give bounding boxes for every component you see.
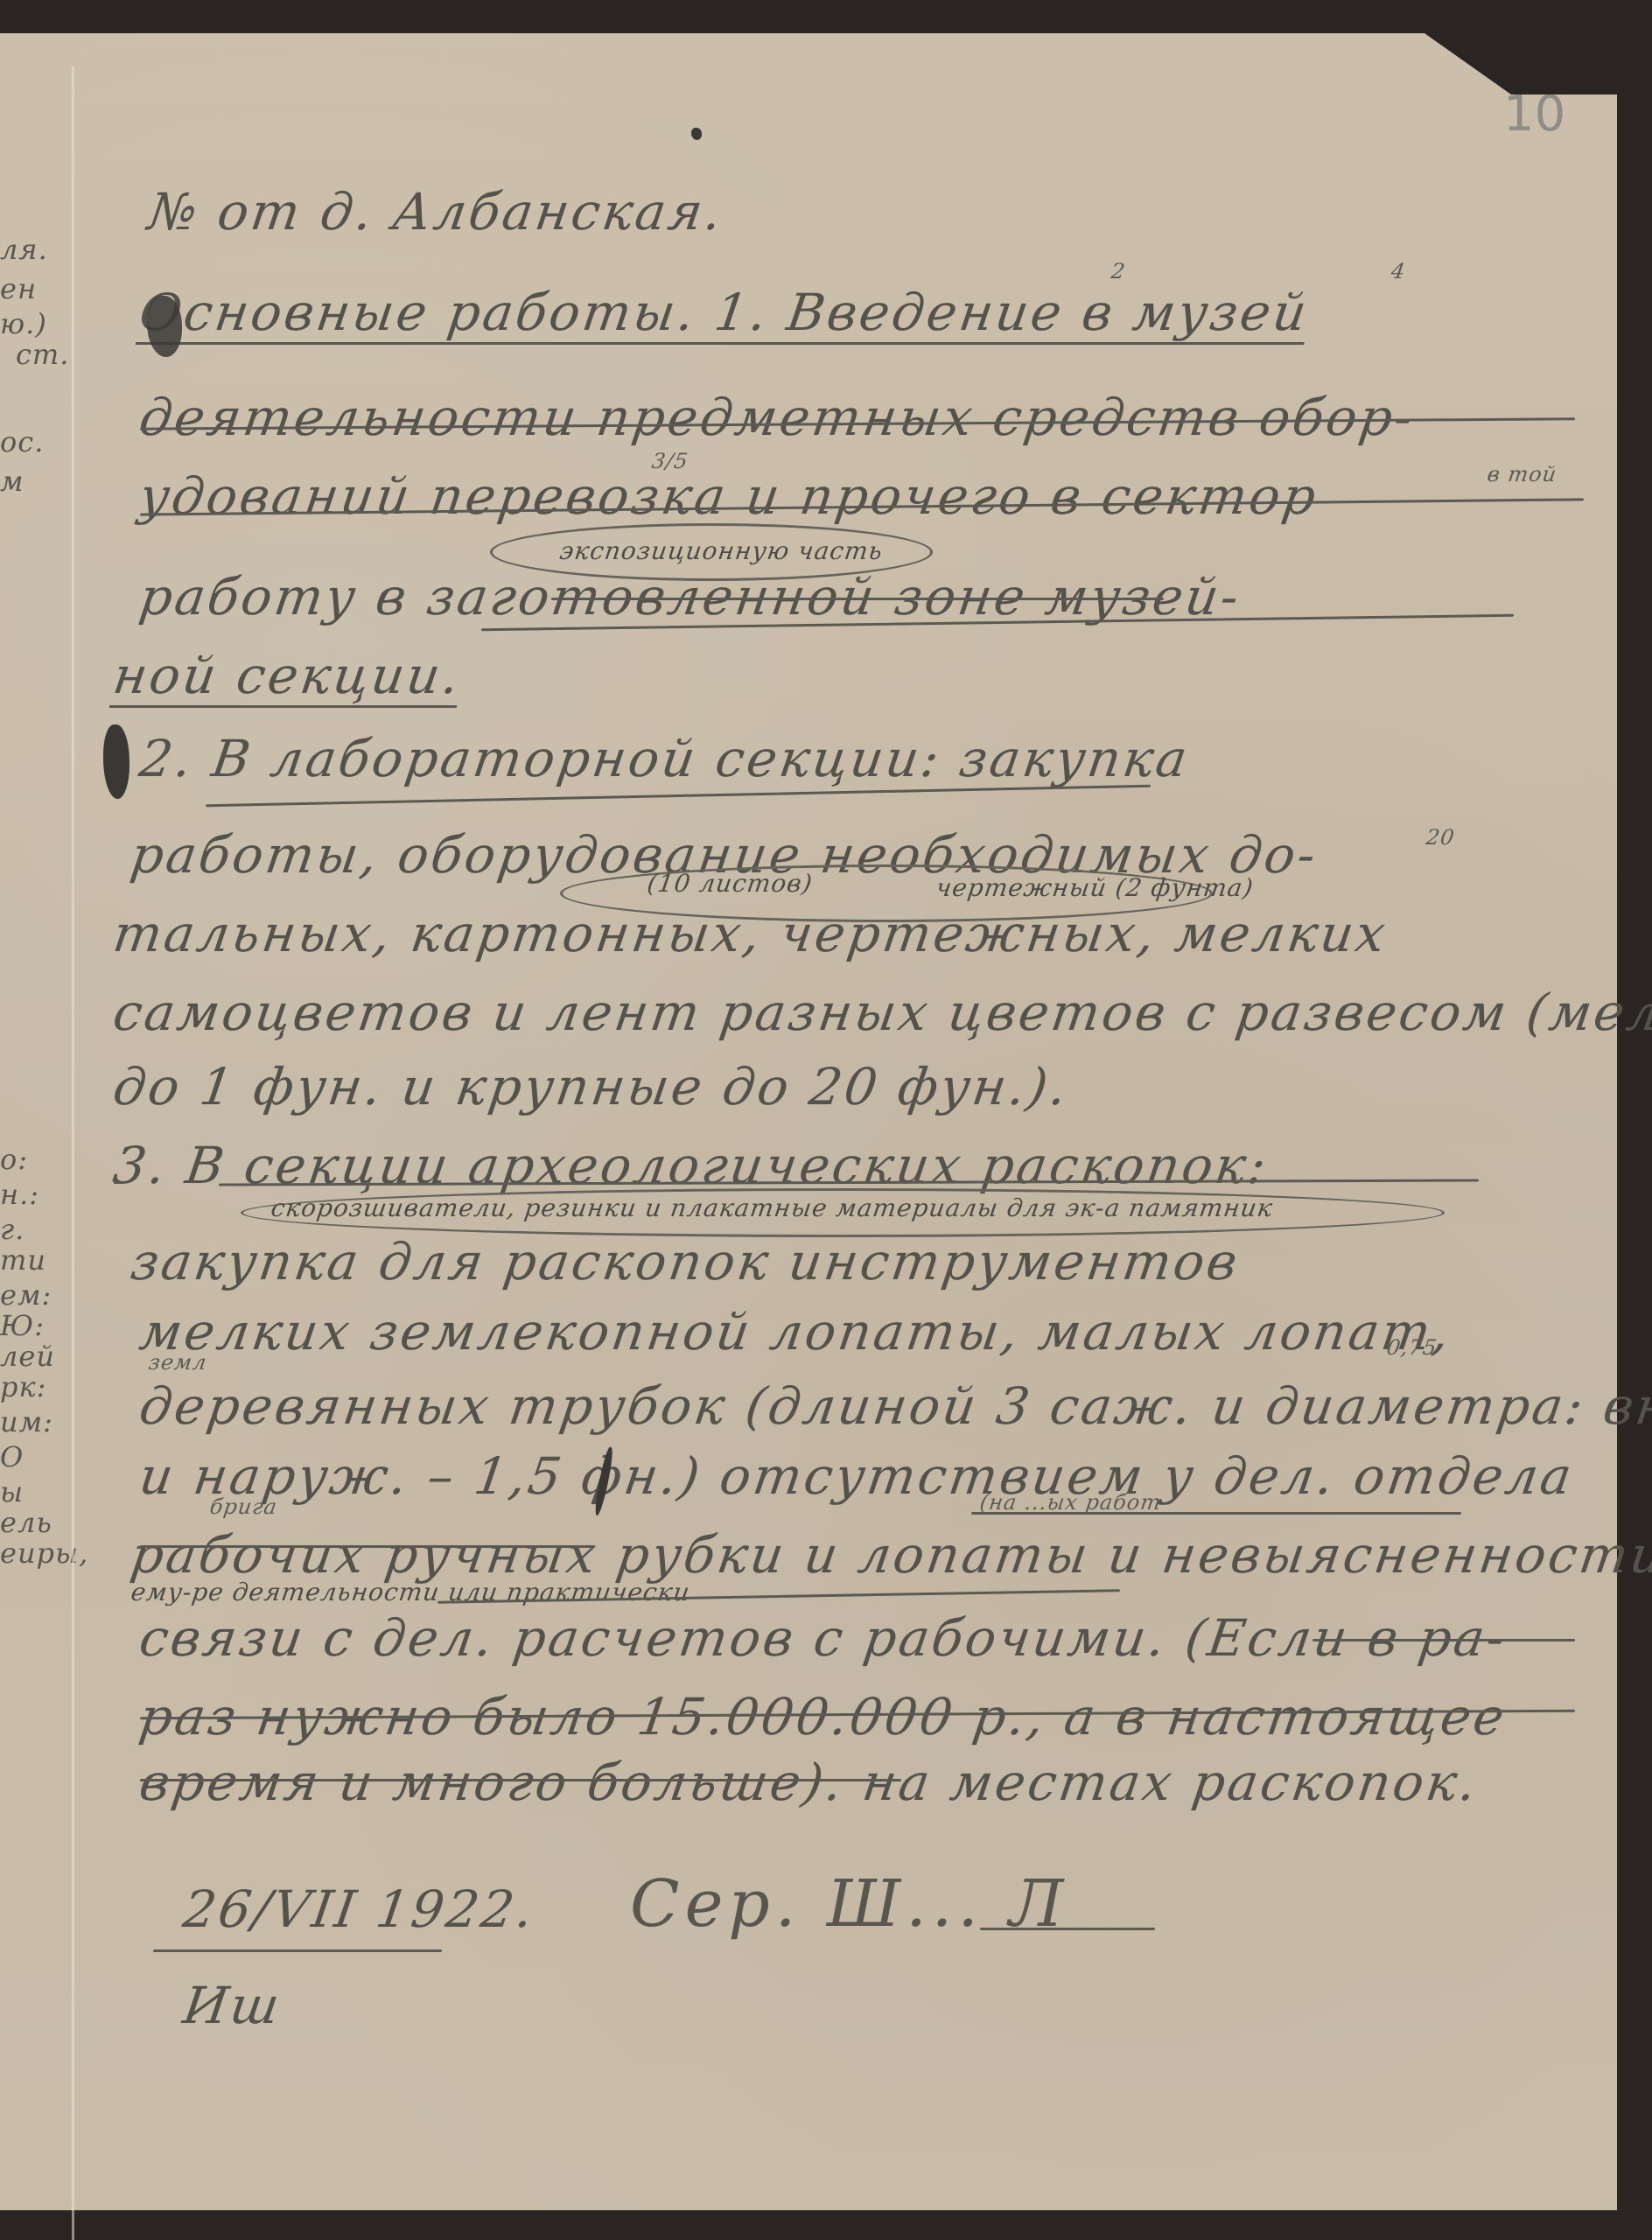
document-page: 10 ля. ен ю.) ст. ос. м о: н.: г. ти ем:… — [0, 33, 1617, 2210]
page-number: 10 — [1503, 86, 1565, 143]
margin-fragment: м — [0, 465, 24, 498]
initials: Иш — [179, 1976, 285, 2035]
margin-fragment: ти — [0, 1243, 46, 1277]
insert-number: 20 — [1424, 825, 1456, 850]
insert-number: 0,75 — [1385, 1335, 1438, 1360]
handwritten-line-13: закупка для раскопок инструментов — [127, 1232, 1243, 1291]
ink-dot — [691, 128, 702, 140]
margin-fragment: им: — [0, 1405, 53, 1438]
handwritten-line-2: деятельности предметных средств обор- — [136, 388, 1418, 447]
page-fold — [72, 66, 74, 2240]
insert-number: 4 — [1389, 259, 1407, 283]
margin-fragment: о: — [0, 1143, 28, 1176]
underline — [114, 1181, 122, 1184]
margin-fragment: еиры, — [0, 1536, 88, 1570]
interlinear-insert: чертежный (2 фунта) — [934, 873, 1256, 902]
margin-fragment: ель — [0, 1506, 52, 1539]
interlinear-insert: ему-ре деятельности или практически — [129, 1578, 692, 1606]
handwritten-line-10: до 1 фун. и крупные до 20 фун.). — [109, 1057, 1073, 1116]
ink-blot — [103, 724, 129, 799]
interlinear-insert: (на ...ых работ — [978, 1490, 1163, 1515]
margin-fragment: ля. — [0, 233, 48, 266]
insert-number: 2 — [1109, 259, 1127, 283]
date-rule — [153, 1949, 442, 1952]
interlinear-insert: экспозиционную часть — [558, 536, 885, 565]
margin-fragment: О — [0, 1440, 24, 1473]
handwritten-line-5: ной секции. — [109, 646, 465, 705]
strike-line — [1312, 1639, 1575, 1641]
insert-fraction: 3/5 — [650, 449, 690, 473]
section-3-heading: 3. В секции археологических раскопок: — [109, 1136, 1272, 1195]
interlinear-insert: скорозшиватели, резинки и плакатные мате… — [269, 1193, 1275, 1222]
document-header: № от д. Албанская. — [144, 182, 727, 241]
strike-line — [140, 1545, 595, 1548]
margin-fragment: ос. — [0, 425, 44, 458]
handwritten-line-3: удований перевозка и прочего в сектор — [136, 466, 1322, 526]
handwritten-line-14: мелких землекопной лопаты, малых лопат, — [136, 1302, 1455, 1361]
strike-line — [140, 1779, 901, 1781]
interlinear-insert: брига — [208, 1494, 279, 1519]
document-date: 26/VII 1922. — [179, 1879, 539, 1939]
margin-fragment: рк: — [0, 1370, 46, 1403]
adjacent-page-fragment: ля. ен ю.) ст. ос. м о: н.: г. ти ем: Ю:… — [0, 66, 73, 2240]
margin-fragment: ем: — [0, 1278, 52, 1312]
handwritten-line-15: деревянных трубок (длиной 3 саж. и диаме… — [136, 1376, 1652, 1436]
strike-line — [551, 598, 1164, 600]
margin-fragment: Ю: — [0, 1309, 45, 1342]
margin-fragment: лей — [0, 1340, 55, 1373]
handwritten-line-8: тальных, картонных, чертежных, мелких — [109, 904, 1391, 963]
interlinear-insert: (10 листов) — [646, 869, 815, 898]
insert-note: земл — [147, 1350, 208, 1375]
underline — [971, 1512, 1461, 1515]
ink-blot — [147, 296, 182, 357]
handwritten-line-1: Основные работы. 1. Введение в музей — [136, 283, 1312, 342]
margin-fragment: ы — [0, 1475, 24, 1508]
margin-fragment: г. — [0, 1213, 24, 1246]
signature-underline — [980, 1928, 1155, 1930]
handwritten-line-4: работу в заготовленной зоне музей- — [136, 567, 1245, 626]
margin-fragment: ю.) — [0, 307, 47, 340]
margin-fragment: ст. — [16, 338, 69, 371]
handwritten-line-19: связи с дел. расчетов с рабочими. (Если … — [136, 1608, 1511, 1668]
margin-fragment: ен — [0, 272, 37, 305]
handwritten-line-9: самоцветов и лент разных цветов с развес… — [109, 983, 1652, 1042]
margin-fragment: н.: — [0, 1178, 39, 1211]
handwritten-line-17: рабочих ручных рубки и лопаты и невыясне… — [127, 1525, 1652, 1585]
insert-note: в той — [1486, 462, 1558, 486]
handwritten-line-21: время и много больше). на местах раскопо… — [136, 1753, 1482, 1812]
handwritten-line-16: и наруж. – 1,5 фн.) отсутствием у дел. о… — [136, 1446, 1578, 1506]
signature: Сер. Ш... Л — [630, 1866, 1068, 1942]
section-2-heading: 2. В лабораторной секции: закупка — [136, 729, 1193, 788]
